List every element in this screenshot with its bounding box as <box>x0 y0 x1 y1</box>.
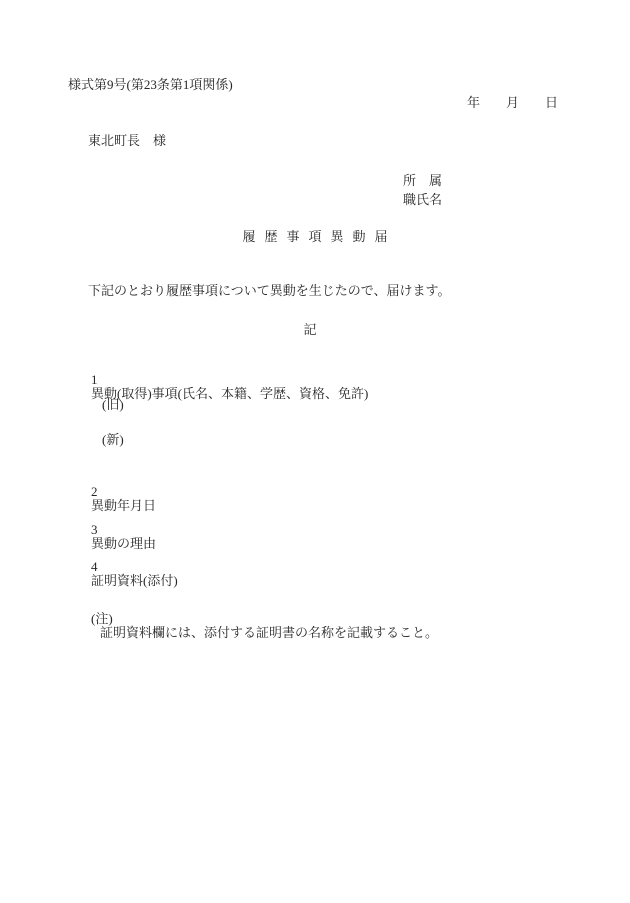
document-title: 履歴事項異動届 <box>0 230 630 244</box>
item-text: 異動(取得)事項(氏名、本籍、学歴、資格、免許) <box>91 386 368 401</box>
job-name-label: 職氏名 <box>403 193 442 207</box>
addressee: 東北町長 様 <box>88 134 166 148</box>
item-number: 2 <box>91 485 110 499</box>
body-paragraph: 下記のとおり履歴事項について異動を生じたので、届けます。 <box>88 284 450 298</box>
note-label: (注) <box>91 611 113 626</box>
item-proof-documents: 4 証明資料(添付) <box>78 546 178 602</box>
ki-heading: 記 <box>0 323 620 337</box>
item-number: 4 <box>91 560 110 574</box>
note-text: 証明資料欄には、添付する証明書の名称を記載すること。 <box>100 625 438 640</box>
date-line: 年 月 日 <box>467 96 558 110</box>
sub-item-old: (旧) <box>102 398 124 412</box>
form-page: 様式第9号(第23条第1項関係) 年 月 日 東北町長 様 所 属 職氏名 履歴… <box>0 0 630 903</box>
item-number: 1 <box>91 373 110 387</box>
sub-item-new: (新) <box>102 433 124 447</box>
item-text: 証明資料(添付) <box>91 573 178 588</box>
affiliation-label: 所 属 <box>403 174 442 188</box>
note: (注) 証明資料欄には、添付する証明書の名称を記載すること。 <box>78 598 438 654</box>
item-number: 3 <box>91 523 110 537</box>
form-number: 様式第9号(第23条第1項関係) <box>68 78 233 92</box>
